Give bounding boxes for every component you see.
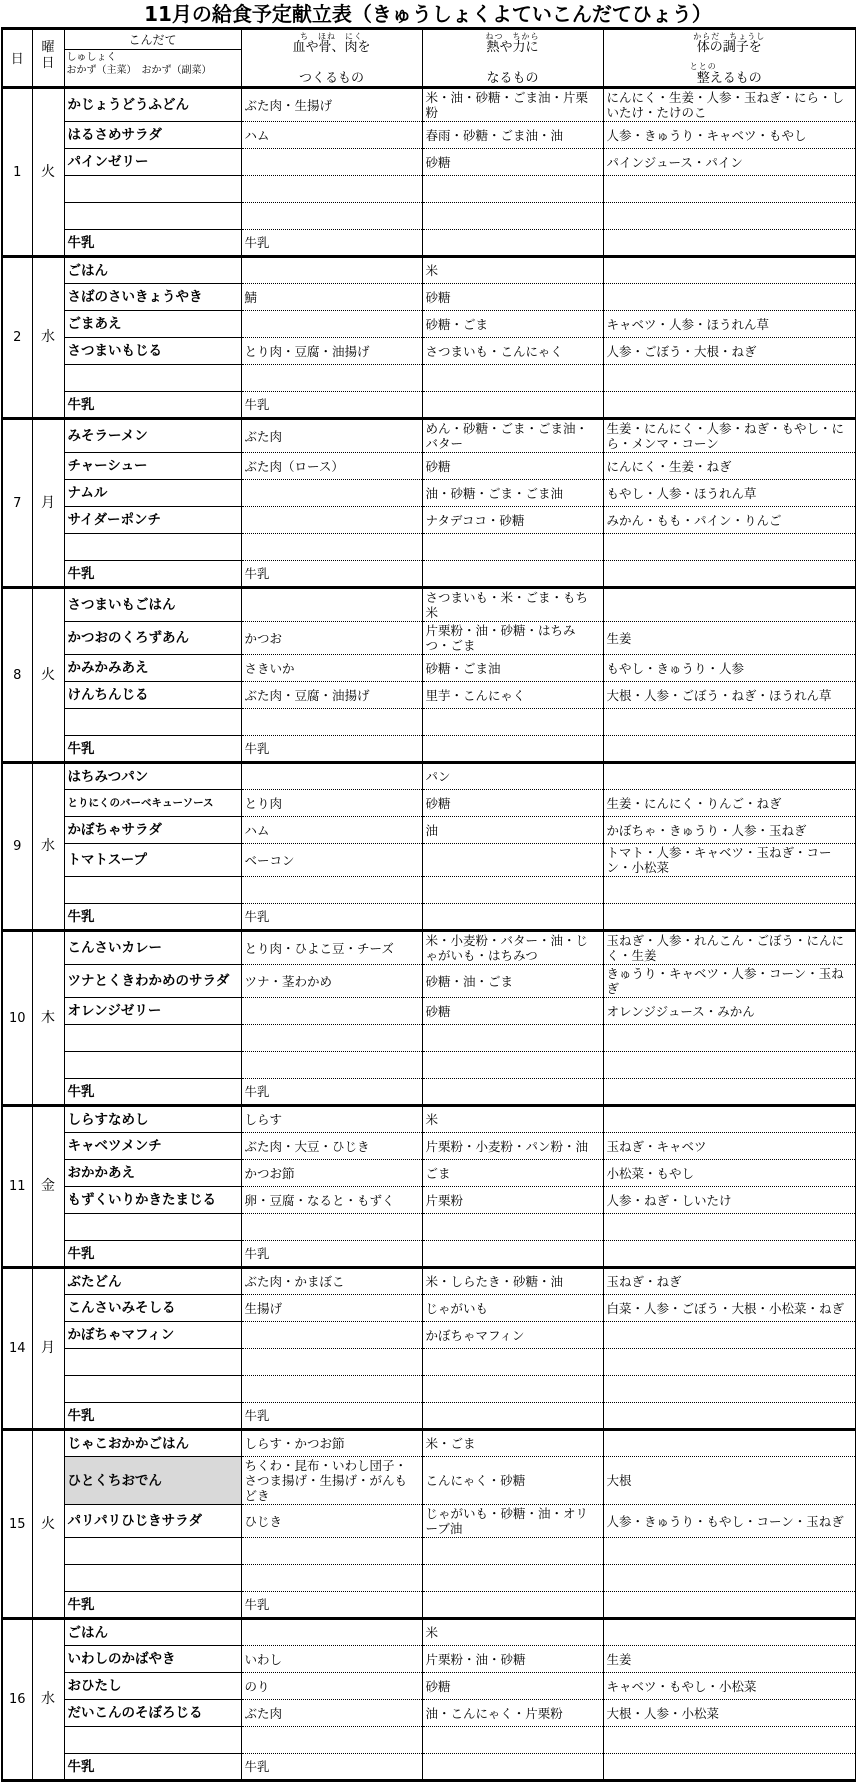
protein-cell [241, 1619, 422, 1646]
energy-cell: 砂糖 [422, 1673, 603, 1700]
regulate-cell: 大根・人参・ごぼう・ねぎ・ほうれん草 [603, 682, 856, 709]
protein-cell: ぶた肉・生揚げ [241, 88, 422, 122]
regulate-cell [603, 1727, 856, 1754]
menu-name-cell: 牛乳 [64, 1079, 241, 1106]
regulate-cell [603, 561, 856, 588]
regulate-cell [603, 1619, 856, 1646]
energy-cell: 米 [422, 257, 603, 284]
menu-name-cell: トマトスープ [64, 844, 241, 877]
menu-name-cell: とりにくのバーベキューソース [64, 790, 241, 817]
protein-cell [241, 257, 422, 284]
energy-cell [422, 230, 603, 257]
milk-row: 牛乳牛乳 [2, 1079, 856, 1106]
protein-cell: ハム [241, 817, 422, 844]
weekday: 月 [32, 419, 64, 588]
protein-cell: ベーコン [241, 844, 422, 877]
menu-name-cell [64, 176, 241, 203]
energy-cell [422, 1079, 603, 1106]
regulate-cell: 人参・ねぎ・しいたけ [603, 1187, 856, 1214]
regulate-cell: 人参・きゅうり・キャベツ・もやし [603, 122, 856, 149]
protein-cell: 卵・豆腐・なると・もずく [241, 1187, 422, 1214]
header-weekday: 曜日 [32, 29, 64, 88]
energy-cell: ナタデココ・砂糖 [422, 507, 603, 534]
menu-name-cell: こんさいカレー [64, 931, 241, 965]
empty-row [2, 1538, 856, 1565]
menu-name-cell: こんさいみそしる [64, 1295, 241, 1322]
regulate-cell [603, 1376, 856, 1403]
milk-row: 牛乳牛乳 [2, 230, 856, 257]
energy-cell: こんにゃく・砂糖 [422, 1457, 603, 1505]
protein-cell: 牛乳 [241, 1241, 422, 1268]
energy-cell: 米・ごま [422, 1430, 603, 1457]
empty-row [2, 1565, 856, 1592]
regulate-cell: オレンジジュース・みかん [603, 998, 856, 1025]
menu-row: 15火じゃこおかかごはんしらす・かつお節米・ごま [2, 1430, 856, 1457]
regulate-cell: キャベツ・人参・ほうれん草 [603, 311, 856, 338]
menu-name-cell: 牛乳 [64, 736, 241, 763]
milk-row: 牛乳牛乳 [2, 1754, 856, 1781]
day-number: 1 [2, 88, 32, 257]
regulate-cell: もやし・きゅうり・人参 [603, 655, 856, 682]
energy-cell: じゃがいも [422, 1295, 603, 1322]
protein-cell: ツナ・茎わかめ [241, 965, 422, 998]
menu-name-cell: かぼちゃサラダ [64, 817, 241, 844]
day-number: 11 [2, 1106, 32, 1268]
menu-name-cell: かぼちゃマフィン [64, 1322, 241, 1349]
menu-table: 日 曜日 こんだて しゅしょく おかず（主菜） おかず（副菜） ち ほね にく … [1, 27, 856, 1782]
menu-name-cell: ごはん [64, 1619, 241, 1646]
energy-cell: 米 [422, 1106, 603, 1133]
menu-name-cell: おかかあえ [64, 1160, 241, 1187]
protein-cell [241, 1052, 422, 1079]
menu-row: 14月ぶたどんぶた肉・かまぼこ米・しらたき・砂糖・油玉ねぎ・ねぎ [2, 1268, 856, 1295]
protein-cell [241, 1025, 422, 1052]
protein-cell: 生揚げ [241, 1295, 422, 1322]
menu-name-cell: はちみつパン [64, 763, 241, 790]
weekday: 火 [32, 1430, 64, 1619]
protein-cell: とり肉 [241, 790, 422, 817]
protein-cell [241, 763, 422, 790]
menu-name-cell: さつまいもごはん [64, 588, 241, 622]
menu-row: チャーシューぶた肉（ロース）砂糖にんにく・生姜・ねぎ [2, 453, 856, 480]
menu-name-cell: ひとくちおでん [64, 1457, 241, 1505]
empty-row [2, 877, 856, 904]
menu-row: かぼちゃマフィンかぼちゃマフィン [2, 1322, 856, 1349]
energy-cell [422, 904, 603, 931]
menu-name-cell: オレンジゼリー [64, 998, 241, 1025]
menu-name-cell: ごまあえ [64, 311, 241, 338]
energy-cell: 砂糖 [422, 790, 603, 817]
regulate-cell: 玉ねぎ・ねぎ [603, 1268, 856, 1295]
protein-cell [241, 1214, 422, 1241]
energy-cell: 米 [422, 1619, 603, 1646]
energy-cell: 片栗粉・油・砂糖・はちみつ・ごま [422, 622, 603, 655]
protein-cell: 牛乳 [241, 230, 422, 257]
table-body: 1火かじょうどうふどんぶた肉・生揚げ米・油・砂糖・ごま油・片栗粉にんにく・生姜・… [2, 88, 856, 1781]
header-protein-line1: 血や骨、肉を [242, 41, 422, 55]
header-regulate-line1: 体の調子を [604, 41, 856, 55]
milk-row: 牛乳牛乳 [2, 392, 856, 419]
menu-name-cell: ぶたどん [64, 1268, 241, 1295]
energy-cell: 里芋・こんにゃく [422, 682, 603, 709]
menu-name-cell [64, 1214, 241, 1241]
regulate-cell [603, 230, 856, 257]
header-row: 日 曜日 こんだて しゅしょく おかず（主菜） おかず（副菜） ち ほね にく … [2, 29, 856, 88]
empty-row [2, 709, 856, 736]
menu-name-cell: けんちんじる [64, 682, 241, 709]
protein-cell: とり肉・豆腐・油揚げ [241, 338, 422, 365]
protein-cell: かつお節 [241, 1160, 422, 1187]
protein-cell: 牛乳 [241, 561, 422, 588]
regulate-cell [603, 176, 856, 203]
energy-cell: 砂糖・ごま油 [422, 655, 603, 682]
menu-name-cell: 牛乳 [64, 904, 241, 931]
menu-name-cell: かじょうどうふどん [64, 88, 241, 122]
protein-cell [241, 1322, 422, 1349]
regulate-cell [603, 203, 856, 230]
protein-cell: ハム [241, 122, 422, 149]
protein-cell [241, 709, 422, 736]
menu-row: かぼちゃサラダハム油かぼちゃ・きゅうり・人参・玉ねぎ [2, 817, 856, 844]
header-menu-sub2: おかず（主菜） おかず（副菜） [67, 64, 239, 77]
energy-cell [422, 1376, 603, 1403]
menu-name-cell: おひたし [64, 1673, 241, 1700]
regulate-cell [603, 1592, 856, 1619]
menu-name-cell: じゃこおかかごはん [64, 1430, 241, 1457]
energy-cell [422, 1214, 603, 1241]
protein-cell: 牛乳 [241, 904, 422, 931]
menu-name-cell: パリパリひじきサラダ [64, 1505, 241, 1538]
energy-cell: 砂糖 [422, 998, 603, 1025]
regulate-cell [603, 257, 856, 284]
energy-cell: めん・砂糖・ごま・ごま油・バター [422, 419, 603, 453]
milk-row: 牛乳牛乳 [2, 1592, 856, 1619]
energy-cell: 米・油・砂糖・ごま油・片栗粉 [422, 88, 603, 122]
energy-cell: 砂糖 [422, 453, 603, 480]
regulate-cell [603, 1214, 856, 1241]
milk-row: 牛乳牛乳 [2, 1403, 856, 1430]
menu-row: はるさめサラダハム春雨・砂糖・ごま油・油人参・きゅうり・キャベツ・もやし [2, 122, 856, 149]
protein-cell: ぶた肉（ロース） [241, 453, 422, 480]
header-regulate-furigana2: ととの [603, 62, 829, 71]
protein-cell: 牛乳 [241, 1079, 422, 1106]
empty-row [2, 534, 856, 561]
protein-cell: ぶた肉・かまぼこ [241, 1268, 422, 1295]
regulate-cell [603, 709, 856, 736]
protein-cell: 牛乳 [241, 1403, 422, 1430]
menu-name-cell: 牛乳 [64, 1592, 241, 1619]
menu-row: けんちんじるぶた肉・豆腐・油揚げ里芋・こんにゃく大根・人参・ごぼう・ねぎ・ほうれ… [2, 682, 856, 709]
menu-name-cell [64, 1349, 241, 1376]
menu-name-cell: だいこんのそぼろじる [64, 1700, 241, 1727]
energy-cell [422, 1349, 603, 1376]
energy-cell: 油 [422, 817, 603, 844]
energy-cell: 砂糖 [422, 284, 603, 311]
weekday: 火 [32, 88, 64, 257]
energy-cell: パン [422, 763, 603, 790]
regulate-cell [603, 1403, 856, 1430]
protein-cell [241, 365, 422, 392]
energy-cell: 油・こんにゃく・片栗粉 [422, 1700, 603, 1727]
energy-cell: 米・小麦粉・バター・油・じゃがいも・はちみつ [422, 931, 603, 965]
menu-name-cell [64, 1727, 241, 1754]
regulate-cell: 人参・きゅうり・もやし・コーン・玉ねぎ [603, 1505, 856, 1538]
menu-name-cell [64, 1052, 241, 1079]
empty-row [2, 1727, 856, 1754]
regulate-cell [603, 534, 856, 561]
empty-row [2, 1214, 856, 1241]
protein-cell [241, 1565, 422, 1592]
protein-cell: のり [241, 1673, 422, 1700]
protein-cell [241, 1349, 422, 1376]
regulate-cell: 白菜・人参・ごぼう・大根・小松菜・ねぎ [603, 1295, 856, 1322]
energy-cell [422, 1538, 603, 1565]
regulate-cell [603, 1430, 856, 1457]
menu-row: かつおのくろずあんかつお片栗粉・油・砂糖・はちみつ・ごま生姜 [2, 622, 856, 655]
protein-cell [241, 877, 422, 904]
regulate-cell: きゅうり・キャベツ・人参・コーン・玉ねぎ [603, 965, 856, 998]
day-number: 7 [2, 419, 32, 588]
menu-row: さつまいもじるとり肉・豆腐・油揚げさつまいも・こんにゃく人参・ごぼう・大根・ねぎ [2, 338, 856, 365]
header-regulate-line2-text: 整えるもの [697, 71, 762, 86]
energy-cell: ごま [422, 1160, 603, 1187]
protein-cell: 牛乳 [241, 392, 422, 419]
weekday: 水 [32, 1619, 64, 1781]
energy-cell [422, 1403, 603, 1430]
regulate-cell [603, 904, 856, 931]
energy-cell: さつまいも・米・ごま・もち米 [422, 588, 603, 622]
energy-cell: かぼちゃマフィン [422, 1322, 603, 1349]
regulate-cell: もやし・人参・ほうれん草 [603, 480, 856, 507]
energy-cell: 片栗粉・小麦粉・パン粉・油 [422, 1133, 603, 1160]
menu-name-cell: 牛乳 [64, 1754, 241, 1781]
header-protein-line2: つくるもの [242, 71, 422, 86]
regulate-cell [603, 1538, 856, 1565]
menu-name-cell [64, 1376, 241, 1403]
energy-cell [422, 709, 603, 736]
regulate-cell [603, 1241, 856, 1268]
protein-cell: ぶた肉・豆腐・油揚げ [241, 682, 422, 709]
page-title: 11月の給食予定献立表（きゅうしょくよていこんだてひょう） [1, 2, 855, 27]
menu-row: だいこんのそぼろじるぶた肉油・こんにゃく・片栗粉大根・人参・小松菜 [2, 1700, 856, 1727]
menu-row: おかかあえかつお節ごま小松菜・もやし [2, 1160, 856, 1187]
regulate-cell: 生姜 [603, 622, 856, 655]
menu-name-cell: さつまいもじる [64, 338, 241, 365]
menu-row: いわしのかばやきいわし片栗粉・油・砂糖生姜 [2, 1646, 856, 1673]
menu-name-cell: 牛乳 [64, 392, 241, 419]
menu-row: さばのさいきょうやき鯖砂糖 [2, 284, 856, 311]
protein-cell: かつお [241, 622, 422, 655]
menu-name-cell [64, 1025, 241, 1052]
menu-name-cell: 牛乳 [64, 1403, 241, 1430]
regulate-cell: 大根・人参・小松菜 [603, 1700, 856, 1727]
regulate-cell: みかん・もも・パイン・りんご [603, 507, 856, 534]
menu-row: 2水ごはん米 [2, 257, 856, 284]
menu-name-cell: かみかみあえ [64, 655, 241, 682]
regulate-cell: トマト・人参・キャベツ・玉ねぎ・コーン・小松菜 [603, 844, 856, 877]
regulate-cell [603, 763, 856, 790]
day-number: 16 [2, 1619, 32, 1781]
regulate-cell: 大根 [603, 1457, 856, 1505]
energy-cell [422, 1565, 603, 1592]
protein-cell: ちくわ・昆布・いわし団子・さつま揚げ・生揚げ・がんもどき [241, 1457, 422, 1505]
protein-cell: 鯖 [241, 284, 422, 311]
weekday: 水 [32, 257, 64, 419]
regulate-cell [603, 736, 856, 763]
menu-row: ツナとくきわかめのサラダツナ・茎わかめ砂糖・油・ごまきゅうり・キャベツ・人参・コ… [2, 965, 856, 998]
regulate-cell [603, 1079, 856, 1106]
milk-row: 牛乳牛乳 [2, 561, 856, 588]
menu-row: パリパリひじきサラダひじきじゃがいも・砂糖・油・オリーブ油人参・きゅうり・もやし… [2, 1505, 856, 1538]
menu-row: 16水ごはん米 [2, 1619, 856, 1646]
protein-cell [241, 176, 422, 203]
menu-name-cell: はるさめサラダ [64, 122, 241, 149]
menu-row: 8火さつまいもごはんさつまいも・米・ごま・もち米 [2, 588, 856, 622]
protein-cell: ひじき [241, 1505, 422, 1538]
energy-cell [422, 1592, 603, 1619]
energy-cell: 春雨・砂糖・ごま油・油 [422, 122, 603, 149]
menu-row: 9水はちみつパンパン [2, 763, 856, 790]
menu-name-cell: ごはん [64, 257, 241, 284]
protein-cell [241, 1376, 422, 1403]
header-energy: ねつ ちから 熱や力に なるもの [422, 29, 603, 88]
energy-cell: 片栗粉 [422, 1187, 603, 1214]
menu-name-cell: サイダーポンチ [64, 507, 241, 534]
menu-name-cell: かつおのくろずあん [64, 622, 241, 655]
regulate-cell [603, 1349, 856, 1376]
regulate-cell: 玉ねぎ・キャベツ [603, 1133, 856, 1160]
menu-name-cell: 牛乳 [64, 561, 241, 588]
empty-row [2, 1376, 856, 1403]
menu-row: キャベツメンチぶた肉・大豆・ひじき片栗粉・小麦粉・パン粉・油玉ねぎ・キャベツ [2, 1133, 856, 1160]
regulate-cell: かぼちゃ・きゅうり・人参・玉ねぎ [603, 817, 856, 844]
energy-cell [422, 844, 603, 877]
menu-row: サイダーポンチナタデココ・砂糖みかん・もも・パイン・りんご [2, 507, 856, 534]
regulate-cell: 生姜・にんにく・人参・ねぎ・もやし・にら・メンマ・コーン [603, 419, 856, 453]
header-menu-title: こんだて [65, 30, 241, 50]
lunch-menu-page: 11月の給食予定献立表（きゅうしょくよていこんだてひょう） 日 曜日 こんだて … [0, 0, 856, 1783]
header-protein: ち ほね にく 血や骨、肉を つくるもの [241, 29, 422, 88]
day-number: 2 [2, 257, 32, 419]
weekday: 木 [32, 931, 64, 1106]
energy-cell: 片栗粉・油・砂糖 [422, 1646, 603, 1673]
menu-name-cell [64, 1538, 241, 1565]
energy-cell: じゃがいも・砂糖・油・オリーブ油 [422, 1505, 603, 1538]
header-menu-sub1: しゅしょく [67, 51, 239, 64]
empty-row [2, 1025, 856, 1052]
regulate-cell: にんにく・生姜・人参・玉ねぎ・にら・しいたけ・たけのこ [603, 88, 856, 122]
menu-name-cell [64, 365, 241, 392]
menu-row: オレンジゼリー砂糖オレンジジュース・みかん [2, 998, 856, 1025]
protein-cell: 牛乳 [241, 736, 422, 763]
day-number: 9 [2, 763, 32, 931]
menu-name-cell: ツナとくきわかめのサラダ [64, 965, 241, 998]
protein-cell: ぶた肉 [241, 1700, 422, 1727]
header-menu: こんだて しゅしょく おかず（主菜） おかず（副菜） [64, 29, 241, 88]
menu-name-cell: さばのさいきょうやき [64, 284, 241, 311]
energy-cell: 砂糖 [422, 149, 603, 176]
regulate-cell: 玉ねぎ・人参・れんこん・ごぼう・にんにく・生姜 [603, 931, 856, 965]
milk-row: 牛乳牛乳 [2, 1241, 856, 1268]
protein-cell: 牛乳 [241, 1754, 422, 1781]
weekday: 金 [32, 1106, 64, 1268]
energy-cell [422, 1025, 603, 1052]
regulate-cell: キャベツ・もやし・小松菜 [603, 1673, 856, 1700]
regulate-cell: 生姜・にんにく・りんご・ねぎ [603, 790, 856, 817]
regulate-cell: パインジュース・パイン [603, 149, 856, 176]
header-regulate-line2: ととの 整えるもの [604, 62, 856, 86]
menu-name-cell: 牛乳 [64, 1241, 241, 1268]
regulate-cell: にんにく・生姜・ねぎ [603, 453, 856, 480]
day-number: 15 [2, 1430, 32, 1619]
regulate-cell [603, 588, 856, 622]
day-number: 8 [2, 588, 32, 763]
regulate-cell [603, 1565, 856, 1592]
energy-cell: 砂糖・油・ごま [422, 965, 603, 998]
energy-cell [422, 1754, 603, 1781]
protein-cell: しらす・かつお節 [241, 1430, 422, 1457]
protein-cell: ぶた肉 [241, 419, 422, 453]
empty-row [2, 176, 856, 203]
energy-cell [422, 203, 603, 230]
menu-name-cell: しらすなめし [64, 1106, 241, 1133]
header-energy-line1: 熱や力に [423, 41, 603, 55]
menu-name-cell [64, 709, 241, 736]
menu-row: おひたしのり砂糖キャベツ・もやし・小松菜 [2, 1673, 856, 1700]
energy-cell [422, 176, 603, 203]
protein-cell: しらす [241, 1106, 422, 1133]
menu-name-cell [64, 534, 241, 561]
milk-row: 牛乳牛乳 [2, 736, 856, 763]
energy-cell [422, 392, 603, 419]
regulate-cell [603, 1754, 856, 1781]
protein-cell [241, 1727, 422, 1754]
protein-cell: いわし [241, 1646, 422, 1673]
menu-name-cell: いわしのかばやき [64, 1646, 241, 1673]
energy-cell: 油・砂糖・ごま・ごま油 [422, 480, 603, 507]
header-energy-line2: なるもの [423, 71, 603, 86]
protein-cell: ぶた肉・大豆・ひじき [241, 1133, 422, 1160]
protein-cell [241, 507, 422, 534]
menu-row: パインゼリー砂糖パインジュース・パイン [2, 149, 856, 176]
energy-cell [422, 1727, 603, 1754]
menu-name-cell: パインゼリー [64, 149, 241, 176]
protein-cell [241, 534, 422, 561]
milk-row: 牛乳牛乳 [2, 904, 856, 931]
regulate-cell [603, 392, 856, 419]
weekday: 火 [32, 588, 64, 763]
menu-name-cell [64, 1565, 241, 1592]
menu-name-cell [64, 203, 241, 230]
protein-cell: とり肉・ひよこ豆・チーズ [241, 931, 422, 965]
energy-cell: 米・しらたき・砂糖・油 [422, 1268, 603, 1295]
regulate-cell: 人参・ごぼう・大根・ねぎ [603, 338, 856, 365]
energy-cell [422, 1052, 603, 1079]
regulate-cell [603, 1025, 856, 1052]
menu-row: とりにくのバーベキューソースとり肉砂糖生姜・にんにく・りんご・ねぎ [2, 790, 856, 817]
menu-row: 7月みそラーメンぶた肉めん・砂糖・ごま・ごま油・バター生姜・にんにく・人参・ねぎ… [2, 419, 856, 453]
protein-cell [241, 998, 422, 1025]
menu-row: かみかみあえさきいか砂糖・ごま油もやし・きゅうり・人参 [2, 655, 856, 682]
regulate-cell [603, 284, 856, 311]
energy-cell: 砂糖・ごま [422, 311, 603, 338]
menu-row: ナムル油・砂糖・ごま・ごま油もやし・人参・ほうれん草 [2, 480, 856, 507]
menu-name-cell: もずくいりかきたまじる [64, 1187, 241, 1214]
menu-row: 10木こんさいカレーとり肉・ひよこ豆・チーズ米・小麦粉・バター・油・じゃがいも・… [2, 931, 856, 965]
weekday: 月 [32, 1268, 64, 1430]
day-number: 14 [2, 1268, 32, 1430]
energy-cell [422, 736, 603, 763]
